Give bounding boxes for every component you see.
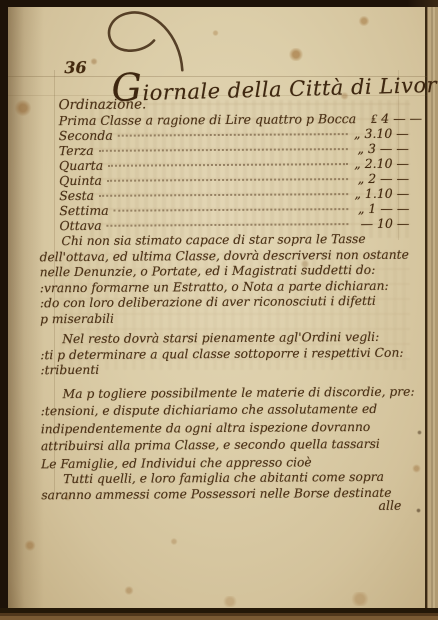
dotted-leader [114, 208, 349, 212]
ledger-label: Sesta [59, 188, 94, 203]
paragraph-1: Chi non sia stimato capace di star sopra… [39, 232, 416, 328]
dotted-leader [99, 148, 348, 152]
ledger-row-ottava: Ottava — 10 — [59, 216, 409, 233]
page-content: 36 Giornale della Città di Livorno Ordin… [0, 0, 438, 620]
ledger-amount: „ 1 — — [353, 201, 409, 216]
tax-class-ledger: Prima Classe a ragione di Lire quattro p… [59, 111, 410, 233]
ledger-amount: „ 2.10 — [353, 156, 409, 171]
paragraph-line: attribuirsi alla prima Classe, e secondo… [41, 436, 417, 456]
ledger-amount: „ 2 — — [353, 171, 409, 186]
ledger-label: Seconda [59, 128, 113, 143]
ledger-amount: „ 3 — — [353, 141, 409, 156]
dotted-leader [118, 133, 348, 137]
table-edge [0, 608, 438, 620]
section-heading: Ordinazione. [59, 97, 147, 114]
ledger-label: Quinta [59, 173, 102, 188]
ledger-label: Settima [59, 203, 108, 218]
ledger-label: Quarta [59, 158, 103, 173]
page-title: Giornale della Città di Livorno [111, 57, 422, 110]
ledger-amount: „ 3.10 — [353, 126, 409, 141]
dotted-leader [99, 193, 348, 197]
manuscript-photo: 36 Giornale della Città di Livorno Ordin… [0, 0, 438, 620]
dotted-leader [108, 163, 348, 167]
paragraph-line: :do con loro deliberazione di aver ricon… [40, 294, 416, 312]
ledger-amount: „ 1.10 — [353, 186, 409, 201]
paragraph-line: p miserabili [40, 310, 416, 328]
ledger-label: Prima Classe a ragione di Lire quattro p… [59, 111, 357, 128]
ledger-label: Terza [59, 143, 94, 158]
ledger-amount: — 10 — [353, 216, 409, 231]
folio-number: 36 [64, 58, 86, 77]
paragraph-line: :ti p determinare a qual classe sottopor… [40, 345, 416, 363]
dotted-leader [107, 223, 349, 227]
dotted-leader [107, 178, 348, 182]
paragraph-2: Nel resto dovrà starsi pienamente agl'Or… [40, 330, 416, 379]
catchword: alle [41, 498, 401, 516]
paragraph-3: Ma p togliere possibilmente le materie d… [41, 384, 418, 474]
ledger-label: Ottava [59, 218, 101, 233]
paragraph-line: :tribuenti [40, 361, 416, 379]
ledger-amount: ₤ 4 — — [366, 111, 422, 127]
